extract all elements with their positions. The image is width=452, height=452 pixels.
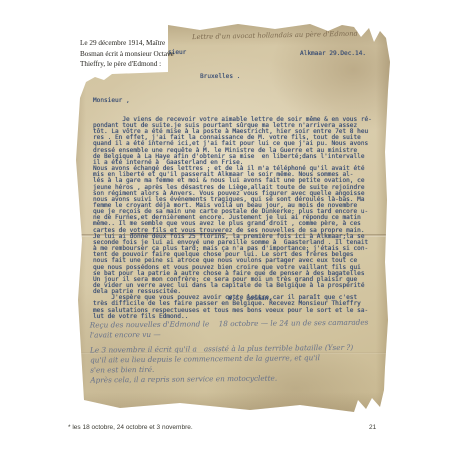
handwritten-note-line: l'avait encore vu — xyxy=(90,327,386,340)
footnote: * les 18 octobre, 24 octobre et 3 novemb… xyxy=(68,424,193,431)
dateline: Alkmaar 29.Dec.14. xyxy=(300,51,366,57)
body-lines: Je viens de recevoir votre aimable lettr… xyxy=(93,117,385,320)
handwritten-note-line: Après cela, il a repris son service en m… xyxy=(90,372,386,385)
caption-line: Le 29 décembre 1914, Maître xyxy=(80,38,178,49)
scanned-letter: Lettre d'un avocat hollandais au père d'… xyxy=(70,22,392,420)
printed-caption: Le 29 décembre 1914, MaîtreBosman écrit … xyxy=(80,38,178,70)
caption-line: Bosman écrit à monsieur Octave xyxy=(80,49,178,60)
page-number: 21 xyxy=(369,424,376,431)
book-page: Lettre d'un avocat hollandais au père d'… xyxy=(0,0,452,452)
handwritten-notes: Reçu des nouvelles d'Edmond le 18 octobr… xyxy=(90,317,387,385)
signature: W.C. Bosman. xyxy=(228,296,272,302)
handwritten-title: Lettre d'un avocat hollandais au père d'… xyxy=(192,29,392,41)
city-line: Bruxelles . xyxy=(200,74,240,80)
salutation: Monsieur , xyxy=(93,98,385,104)
caption-line: Thieffry, le père d'Edmond : xyxy=(80,59,178,70)
